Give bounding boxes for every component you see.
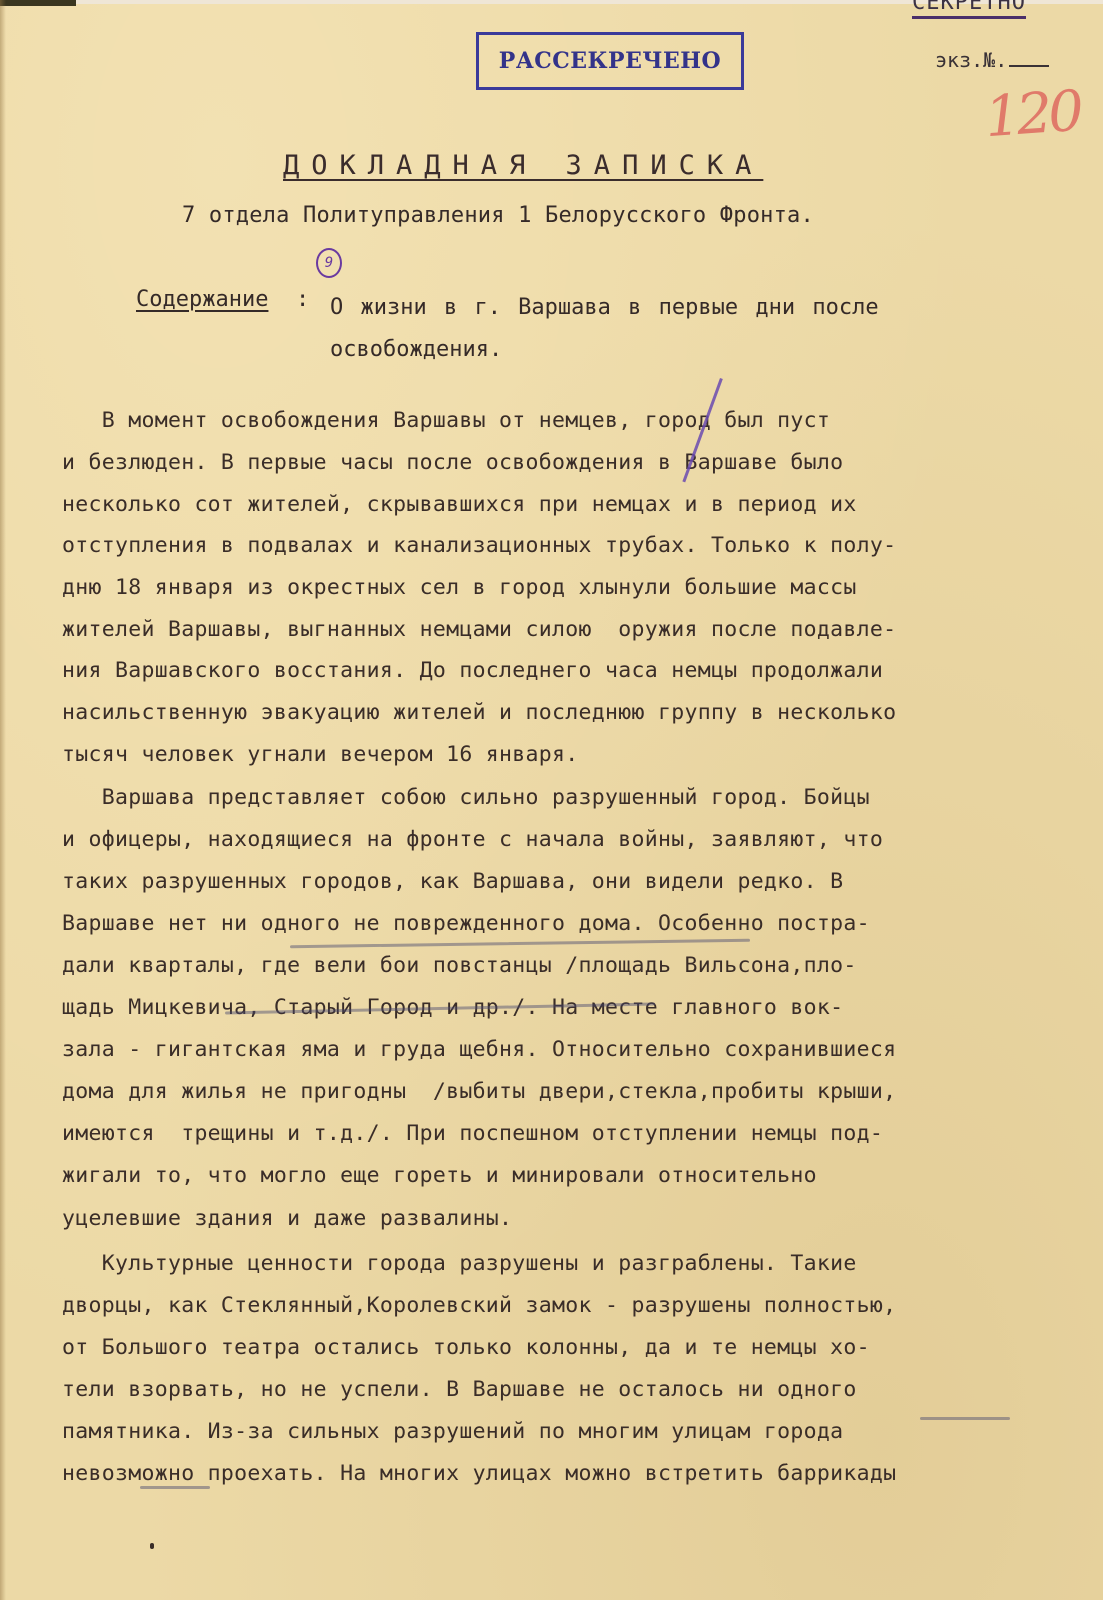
text-line: зала - гигантская яма и груда щебня. Отн… xyxy=(62,1037,896,1062)
text-line: ния Варшавского восстания. До последнего… xyxy=(62,658,883,683)
text-line: жителей Варшавы, выгнанных немцами силою… xyxy=(62,617,896,642)
text-line: имеются трещины и т.д./. При поспешном о… xyxy=(62,1121,883,1146)
pencil-underline xyxy=(920,1417,1010,1420)
text-line: дворцы, как Стеклянный,Королевский замок… xyxy=(62,1293,896,1318)
text-line: уцелевшие здания и даже развалины. xyxy=(62,1206,512,1231)
text-line: Культурные ценности города разрушены и р… xyxy=(62,1251,857,1276)
text-line: дома для жилья не пригодны /выбиты двери… xyxy=(62,1079,896,1104)
paper-edge xyxy=(0,0,6,1600)
document-subtitle: 7 отдела Политуправления 1 Белорусского … xyxy=(182,203,814,228)
text-line: Варшава представляет собою сильно разруш… xyxy=(62,785,870,810)
text-line: В момент освобождения Варшавы от немцев,… xyxy=(62,408,830,433)
text-line: дню 18 января из окрестных сел в город х… xyxy=(62,575,857,600)
copy-number: экз.№. xyxy=(935,48,1049,72)
text-line: жигали то, что могло еще гореть и миниро… xyxy=(62,1163,817,1188)
document-title: ДОКЛАДНАЯ ЗАПИСКА xyxy=(283,150,763,181)
pencil-underline xyxy=(140,1486,210,1489)
text-line: отступления в подвалах и канализационных… xyxy=(62,533,896,558)
text-line: и офицеры, находящиеся на фронте с начал… xyxy=(62,827,883,852)
text-line: тысяч человек угнали вечером 16 января. xyxy=(62,742,579,767)
declassified-stamp: РАССЕКРЕЧЕНО xyxy=(476,32,744,90)
content-label: Содержание xyxy=(136,287,268,312)
classification-label: СЕКРЕТНО xyxy=(912,0,1026,19)
text-line: насильственную эвакуацию жителей и после… xyxy=(62,700,896,725)
text-line: невозможно проехать. На многих улицах мо… xyxy=(62,1461,896,1486)
content-summary: О жизни в г. Варшава в первые дни после … xyxy=(330,287,1030,371)
pencil-underline xyxy=(290,939,750,948)
text-line: дали кварталы, где вели бои повстанцы /п… xyxy=(62,953,857,978)
scan-edge xyxy=(0,0,76,6)
handwritten-circle-mark: 9 xyxy=(316,248,342,278)
text-line: тели взорвать, но не успели. В Варшаве н… xyxy=(62,1377,857,1402)
text-line: таких разрушенных городов, как Варшава, … xyxy=(62,869,843,894)
text-line: несколько сот жителей, скрывавшихся при … xyxy=(62,492,857,517)
archive-page-number: 120 xyxy=(983,79,1082,150)
text-line: Варшаве нет ни одного не поврежденного д… xyxy=(62,911,870,936)
content-colon: : xyxy=(296,287,309,312)
text-line: памятника. Из-за сильных разрушений по м… xyxy=(62,1419,843,1444)
copy-number-blank xyxy=(1009,65,1049,67)
copy-number-label: экз.№. xyxy=(935,48,1007,72)
text-line: от Большого театра остались только колон… xyxy=(62,1335,870,1360)
text-line: и безлюден. В первые часы после освобожд… xyxy=(62,450,843,475)
ink-dot xyxy=(150,1543,154,1549)
